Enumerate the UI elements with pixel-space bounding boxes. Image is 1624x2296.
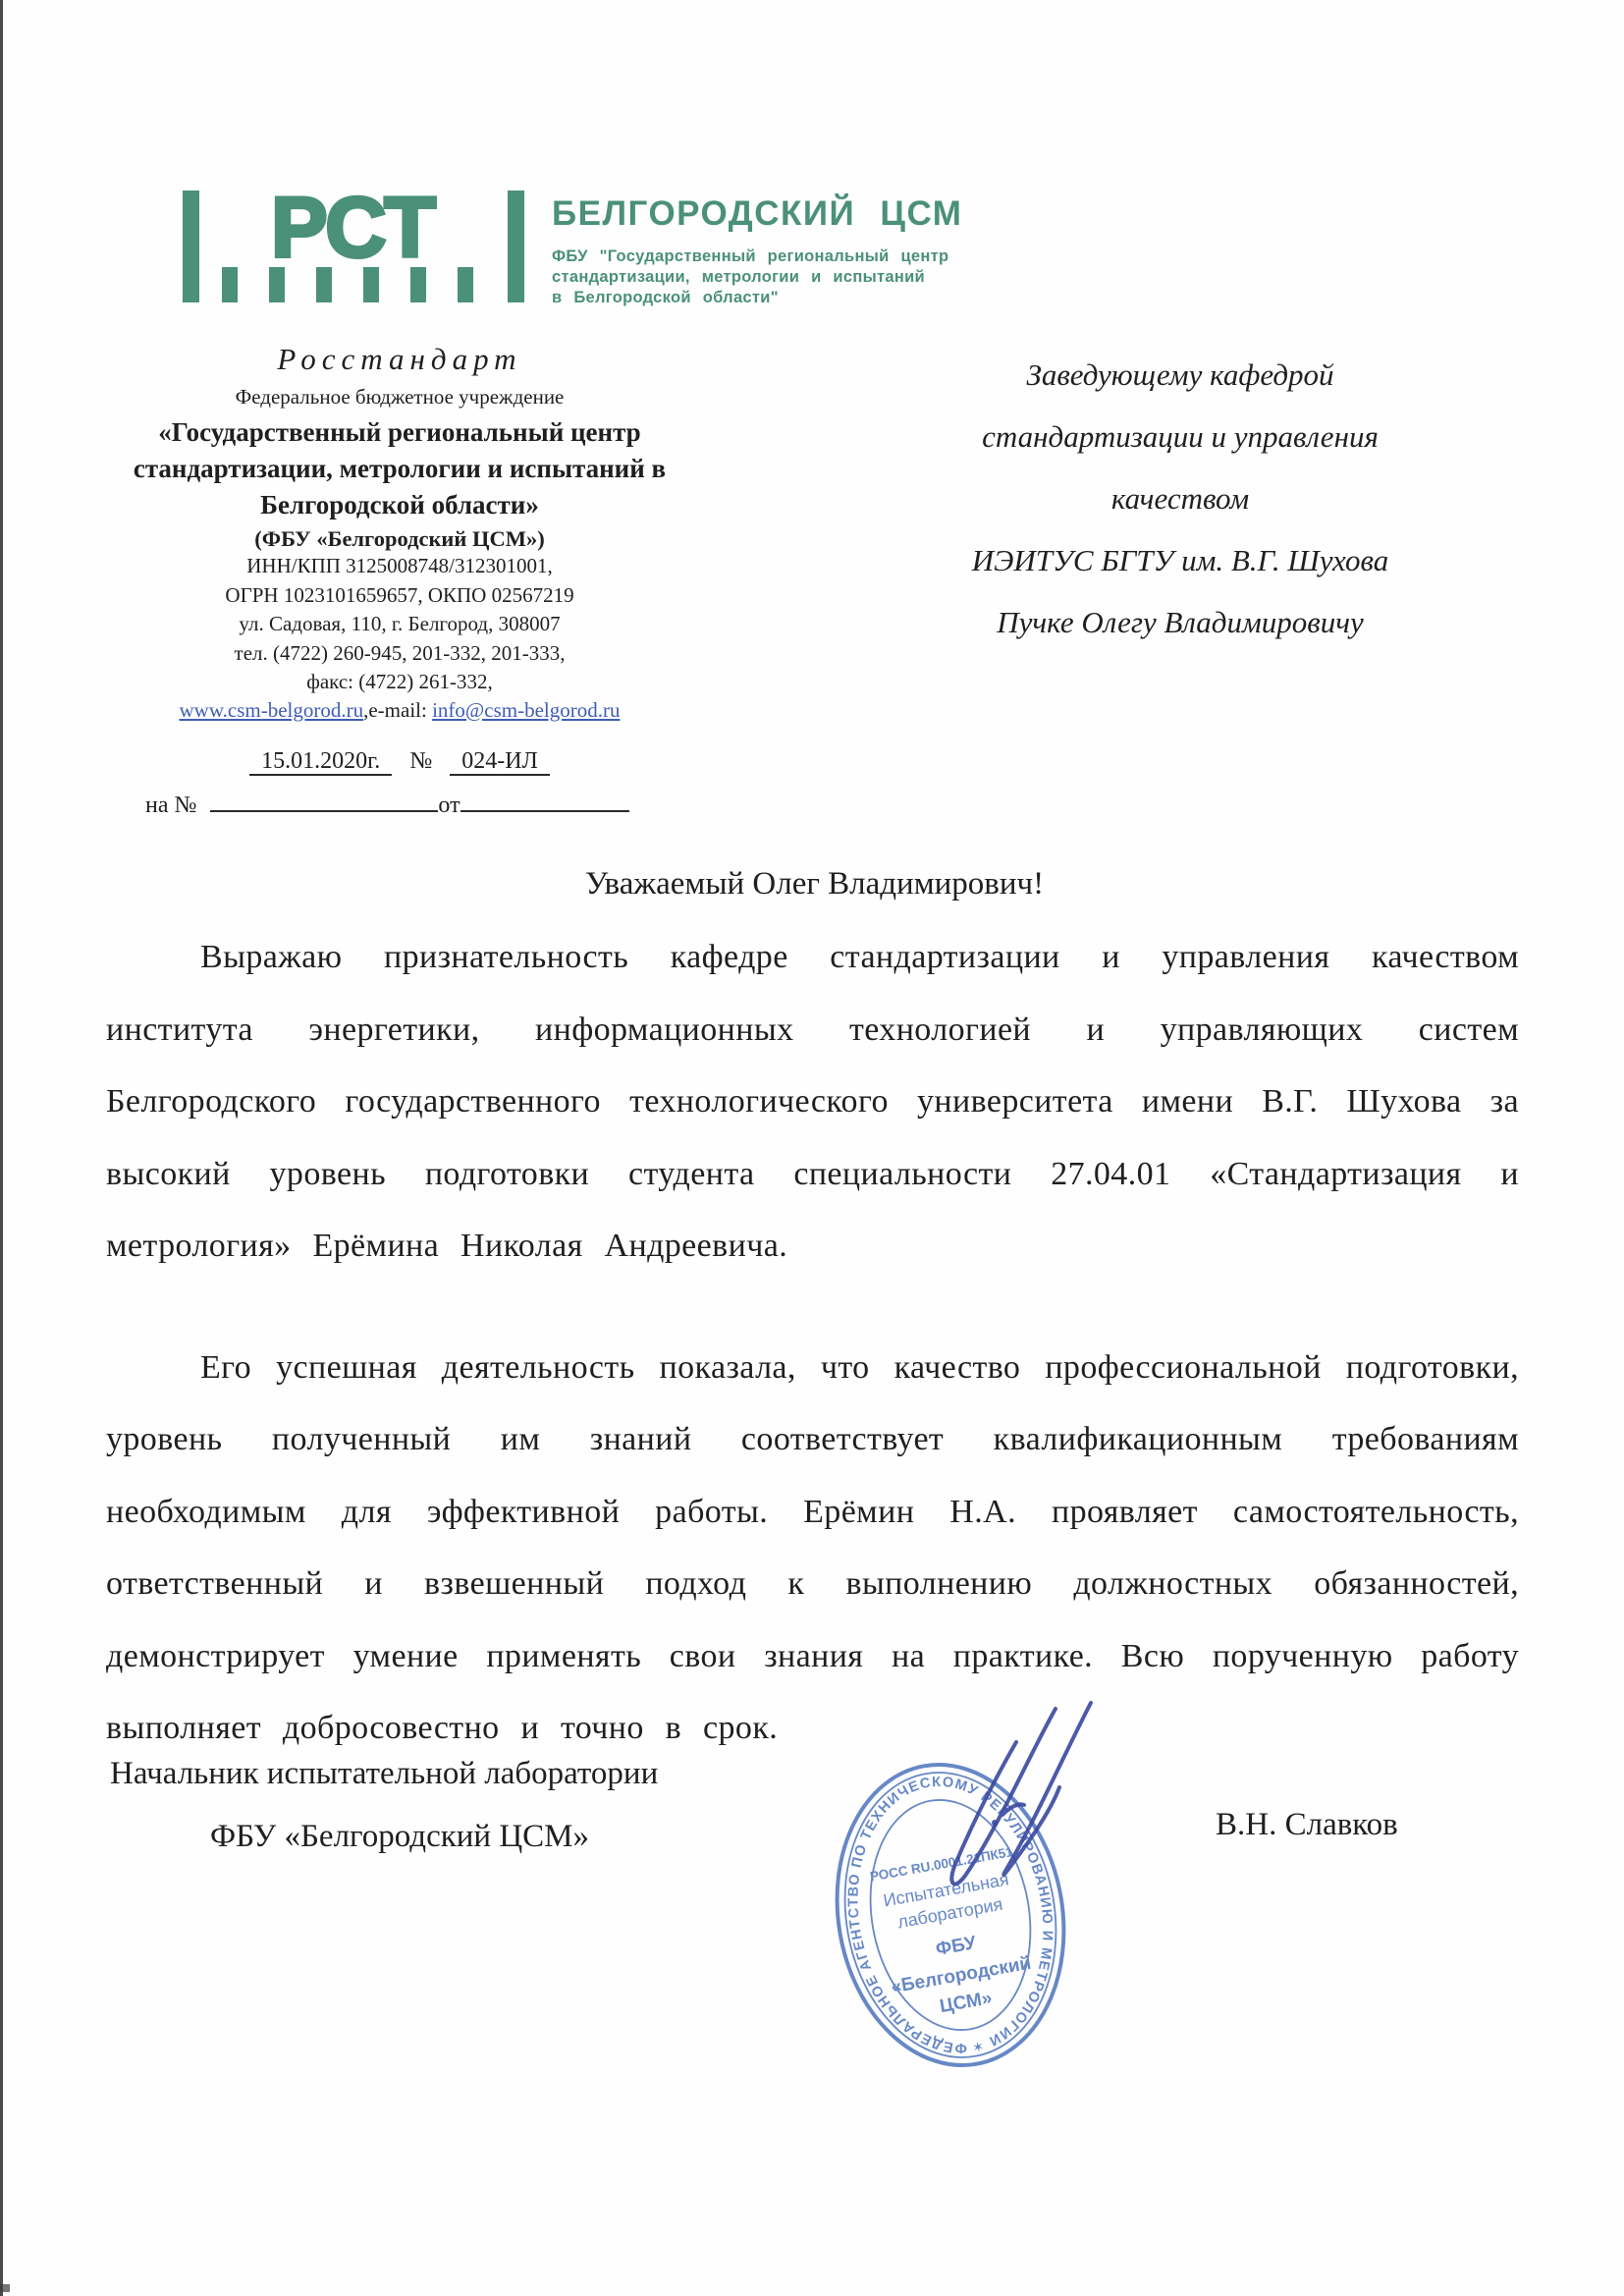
scan-corner-artifact [0, 2284, 10, 2292]
recipient-line: Заведующему кафедрой [862, 344, 1498, 406]
recipient-line: качеством [862, 467, 1498, 529]
logo-acronym: РСТ [271, 191, 436, 275]
recipient-line: ИЭИТУС БГТУ им. В.Г. Шухова [862, 529, 1498, 591]
number-sign: № [409, 748, 432, 774]
org-name-line: стандартизации, метрологии и испытаний в [116, 451, 683, 487]
sender-block: Росстандарт Федеральное бюджетное учрежд… [116, 342, 683, 819]
letter-date: 15.01.2020г. [249, 748, 392, 776]
signer-position-line2: ФБУ «Белгородский ЦСМ» [210, 1819, 589, 1855]
reply-reference-line: на №от [116, 789, 683, 819]
logo-text-block: БЕЛГОРОДСКИЙ ЦСМ ФБУ "Государственный ре… [552, 191, 962, 308]
reply-from-label: от [438, 793, 460, 818]
logo-subtitle-line: в Белгородской области" [552, 288, 962, 308]
paragraph: Выражаю признательность кафедре стандарт… [106, 921, 1519, 1283]
letter-page: РСТ БЕЛГОРОДСКИЙ ЦСМ ФБУ "Государственны… [0, 0, 1624, 2296]
reply-number-blank [210, 789, 438, 812]
phone-numbers: тел. (4722) 260-945, 201-332, 201-333, [116, 639, 683, 669]
contacts-line: www.csm-belgorod.ru,e-mail: info@csm-bel… [116, 698, 683, 723]
agency-name: Росстандарт [116, 342, 683, 377]
scan-edge-artifact [0, 0, 3, 2296]
logo-subtitle-line: стандартизации, метрологии и испытаний [552, 267, 962, 288]
website-link: www.csm-belgorod.ru [180, 698, 364, 722]
org-name-line: Белгородской области» [116, 487, 683, 523]
handwritten-signature [908, 1697, 1164, 1923]
org-short-name: (ФБУ «Белгородский ЦСМ») [116, 526, 683, 552]
signer-position-line1: Начальник испытательной лаборатории [110, 1756, 658, 1792]
reference-line: 15.01.2020г.№024-ИЛ [116, 748, 683, 775]
letter-body: Выражаю признательность кафедре стандарт… [106, 921, 1519, 1765]
inn-kpp: ИНН/КПП 3125008748/312301001, [116, 552, 683, 581]
fax-number: факс: (4722) 261-332, [116, 668, 683, 697]
email-label: ,e-mail: [363, 698, 432, 722]
org-name-line: «Государственный региональный центр [116, 414, 683, 451]
recipient-line: стандартизации и управления [862, 406, 1498, 467]
reply-prefix: на № [145, 793, 196, 818]
stamp-center-line: ЦСМ» [938, 1988, 994, 2017]
logo-subtitle-line: ФБУ "Государственный региональный центр [552, 246, 962, 267]
reply-date-blank [460, 789, 629, 812]
logo-org-name: БЕЛГОРОДСКИЙ ЦСМ [552, 194, 962, 234]
stamp-center-line: «Белгородский [890, 1953, 1033, 1998]
logo-subtitle: ФБУ "Государственный региональный центр … [552, 246, 962, 308]
postal-address: ул. Садовая, 110, г. Белгород, 308007 [116, 610, 683, 639]
paragraph: Его успешная деятельность показала, что … [106, 1332, 1519, 1765]
recipient-line: Пучке Олегу Владимировичу [862, 591, 1498, 653]
rst-logo-icon: РСТ [183, 191, 524, 302]
letter-number: 024-ИЛ [450, 748, 550, 776]
signer-name: В.Н. Славков [1216, 1807, 1398, 1843]
ogrn-okpo: ОГРН 1023101659657, ОКПО 02567219 [116, 581, 683, 611]
org-type: Федеральное бюджетное учреждение [116, 385, 683, 410]
salutation: Уважаемый Олег Владимирович! [108, 866, 1521, 902]
stamp-center-line: ФБУ [935, 1933, 978, 1960]
recipient-block: Заведующему кафедрой стандартизации и уп… [862, 344, 1498, 653]
email-link: info@csm-belgorod.ru [432, 698, 620, 722]
header: РСТ БЕЛГОРОДСКИЙ ЦСМ ФБУ "Государственны… [183, 191, 962, 308]
